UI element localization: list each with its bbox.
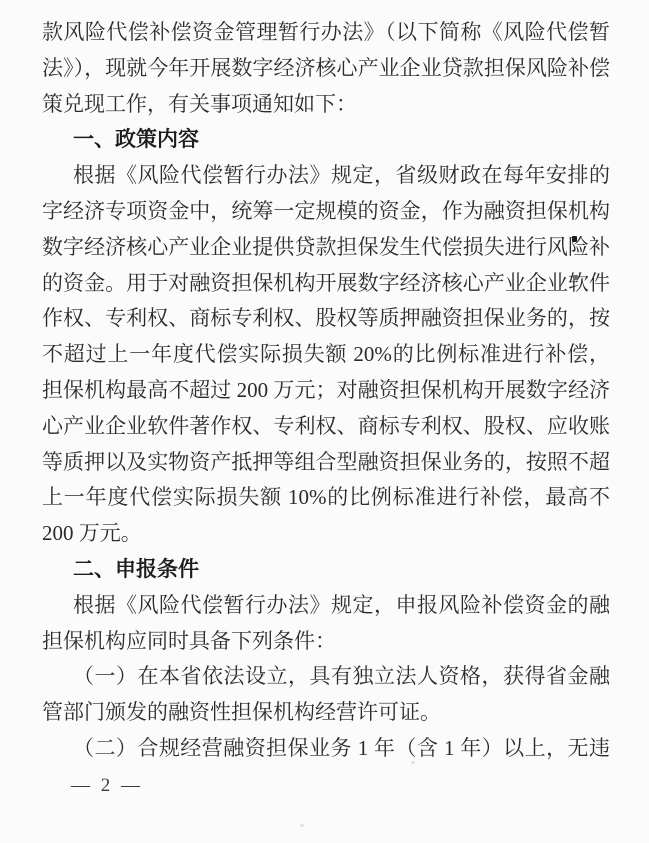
document-line: 200 万元。 (42, 516, 610, 552)
document-line: （一）在本省依法设立，具有独立法人资格，获得省金融监 (42, 659, 610, 695)
scanned-document-page: 款风险代偿补偿资金管理暂行办法》（以下简称《风险代偿暂行办 法》），现就今年开展… (0, 0, 649, 843)
scan-noise-speck (411, 761, 415, 764)
document-line: 款风险代偿补偿资金管理暂行办法》（以下简称《风险代偿暂行办 (42, 15, 610, 51)
document-line: 法》），现就今年开展数字经济核心产业企业贷款担保风险补偿政 (42, 51, 610, 87)
scan-noise-speck (573, 275, 578, 280)
document-line: 数字经济核心产业企业提供贷款担保发生代偿损失进行风险补偿 (42, 230, 610, 266)
section-heading: 一、政策内容 (42, 122, 610, 158)
section-heading: 二、申报条件 (42, 552, 610, 588)
document-line: 等质押以及实物资产抵押等组合型融资担保业务的，按照不超过 (42, 445, 610, 481)
document-line: 不超过上一年度代偿实际损失额 20%的比例标准进行补偿，单户 (42, 337, 610, 373)
document-line: 作权、专利权、商标专利权、股权等质押融资担保业务的，按照 (42, 301, 610, 337)
document-line: 担保机构最高不超过 200 万元；对融资担保机构开展数字经济核 (42, 373, 610, 409)
document-line: 担保机构应同时具备下列条件： (42, 624, 610, 660)
document-body: 款风险代偿补偿资金管理暂行办法》（以下简称《风险代偿暂行办 法》），现就今年开展… (42, 15, 610, 767)
document-line: 心产业企业软件著作权、专利权、商标专利权、股权、应收账款 (42, 409, 610, 445)
document-line: （二）合规经营融资担保业务 1 年（含 1 年）以上，无违规 (42, 731, 610, 767)
document-line: 根据《风险代偿暂行办法》规定，申报风险补偿资金的融资 (42, 588, 610, 624)
document-line: 管部门颁发的融资性担保机构经营许可证。 (42, 695, 610, 731)
scan-noise-speck (300, 824, 304, 827)
document-line: 策兑现工作，有关事项通知如下： (42, 87, 610, 123)
document-line: 字经济专项资金中，统筹一定规模的资金，作为融资担保机构为 (42, 194, 610, 230)
document-line: 的资金。用于对融资担保机构开展数字经济核心产业企业软件著 (42, 266, 610, 302)
document-line: 上一年度代偿实际损失额 10%的比例标准进行补偿，最高不超过 (42, 480, 610, 516)
document-line: 根据《风险代偿暂行办法》规定，省级财政在每年安排的数 (42, 158, 610, 194)
scan-noise-speck (572, 236, 577, 242)
page-number: — 2 — (71, 775, 143, 797)
